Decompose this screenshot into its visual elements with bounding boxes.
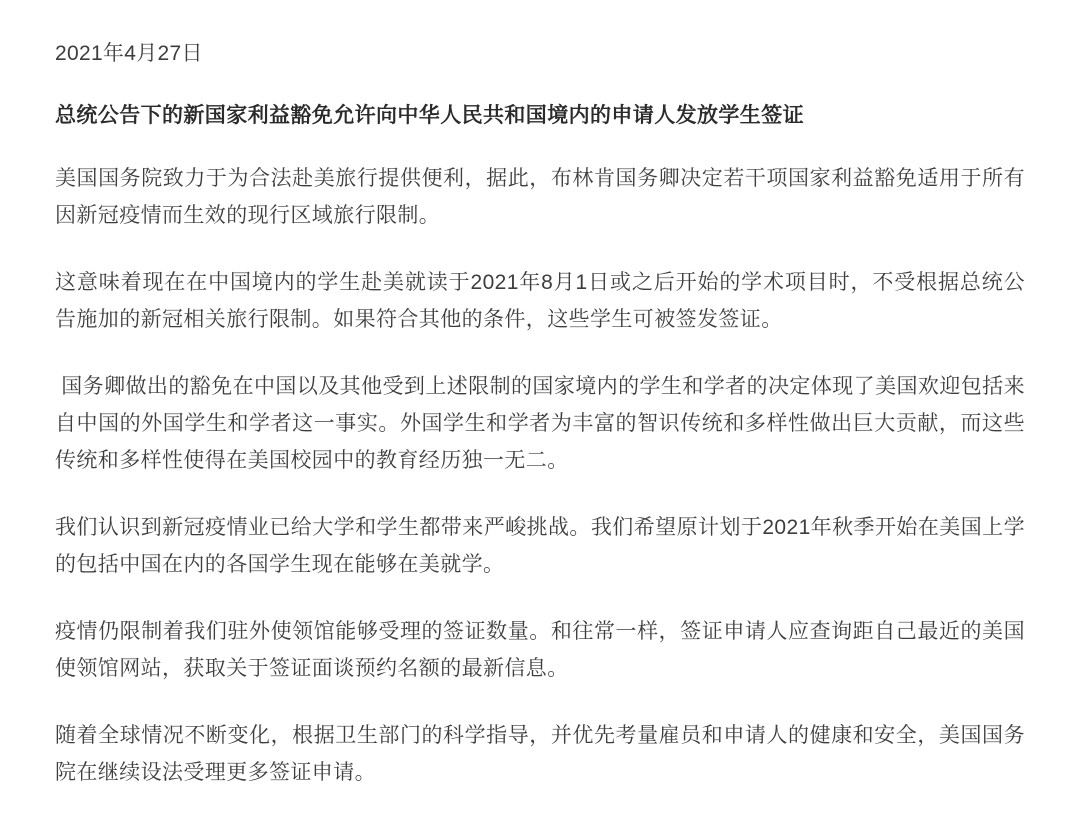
document-date: 2021年4月27日 [55, 40, 1025, 68]
paragraph-6: 随着全球情况不断变化，根据卫生部门的科学指导，并优先考量雇员和申请人的健康和安全… [55, 717, 1025, 791]
paragraph-4: 我们认识到新冠疫情业已给大学和学生都带来严峻挑战。我们希望原计划于2021年秋季… [55, 509, 1025, 583]
paragraph-1: 美国国务院致力于为合法赴美旅行提供便利，据此，布林肯国务卿决定若干项国家利益豁免… [55, 160, 1025, 234]
document-page: 2021年4月27日 总统公告下的新国家利益豁免允许向中华人民共和国境内的申请人… [0, 0, 1080, 817]
paragraph-3: 国务卿做出的豁免在中国以及其他受到上述限制的国家境内的学生和学者的决定体现了美国… [55, 368, 1025, 479]
document-title: 总统公告下的新国家利益豁免允许向中华人民共和国境内的申请人发放学生签证 [55, 102, 1025, 130]
paragraph-5: 疫情仍限制着我们驻外使领馆能够受理的签证数量。和往常一样，签证申请人应查询距自己… [55, 613, 1025, 687]
document-body: 美国国务院致力于为合法赴美旅行提供便利，据此，布林肯国务卿决定若干项国家利益豁免… [55, 160, 1025, 791]
paragraph-2: 这意味着现在在中国境内的学生赴美就读于2021年8月1日或之后开始的学术项目时，… [55, 264, 1025, 338]
